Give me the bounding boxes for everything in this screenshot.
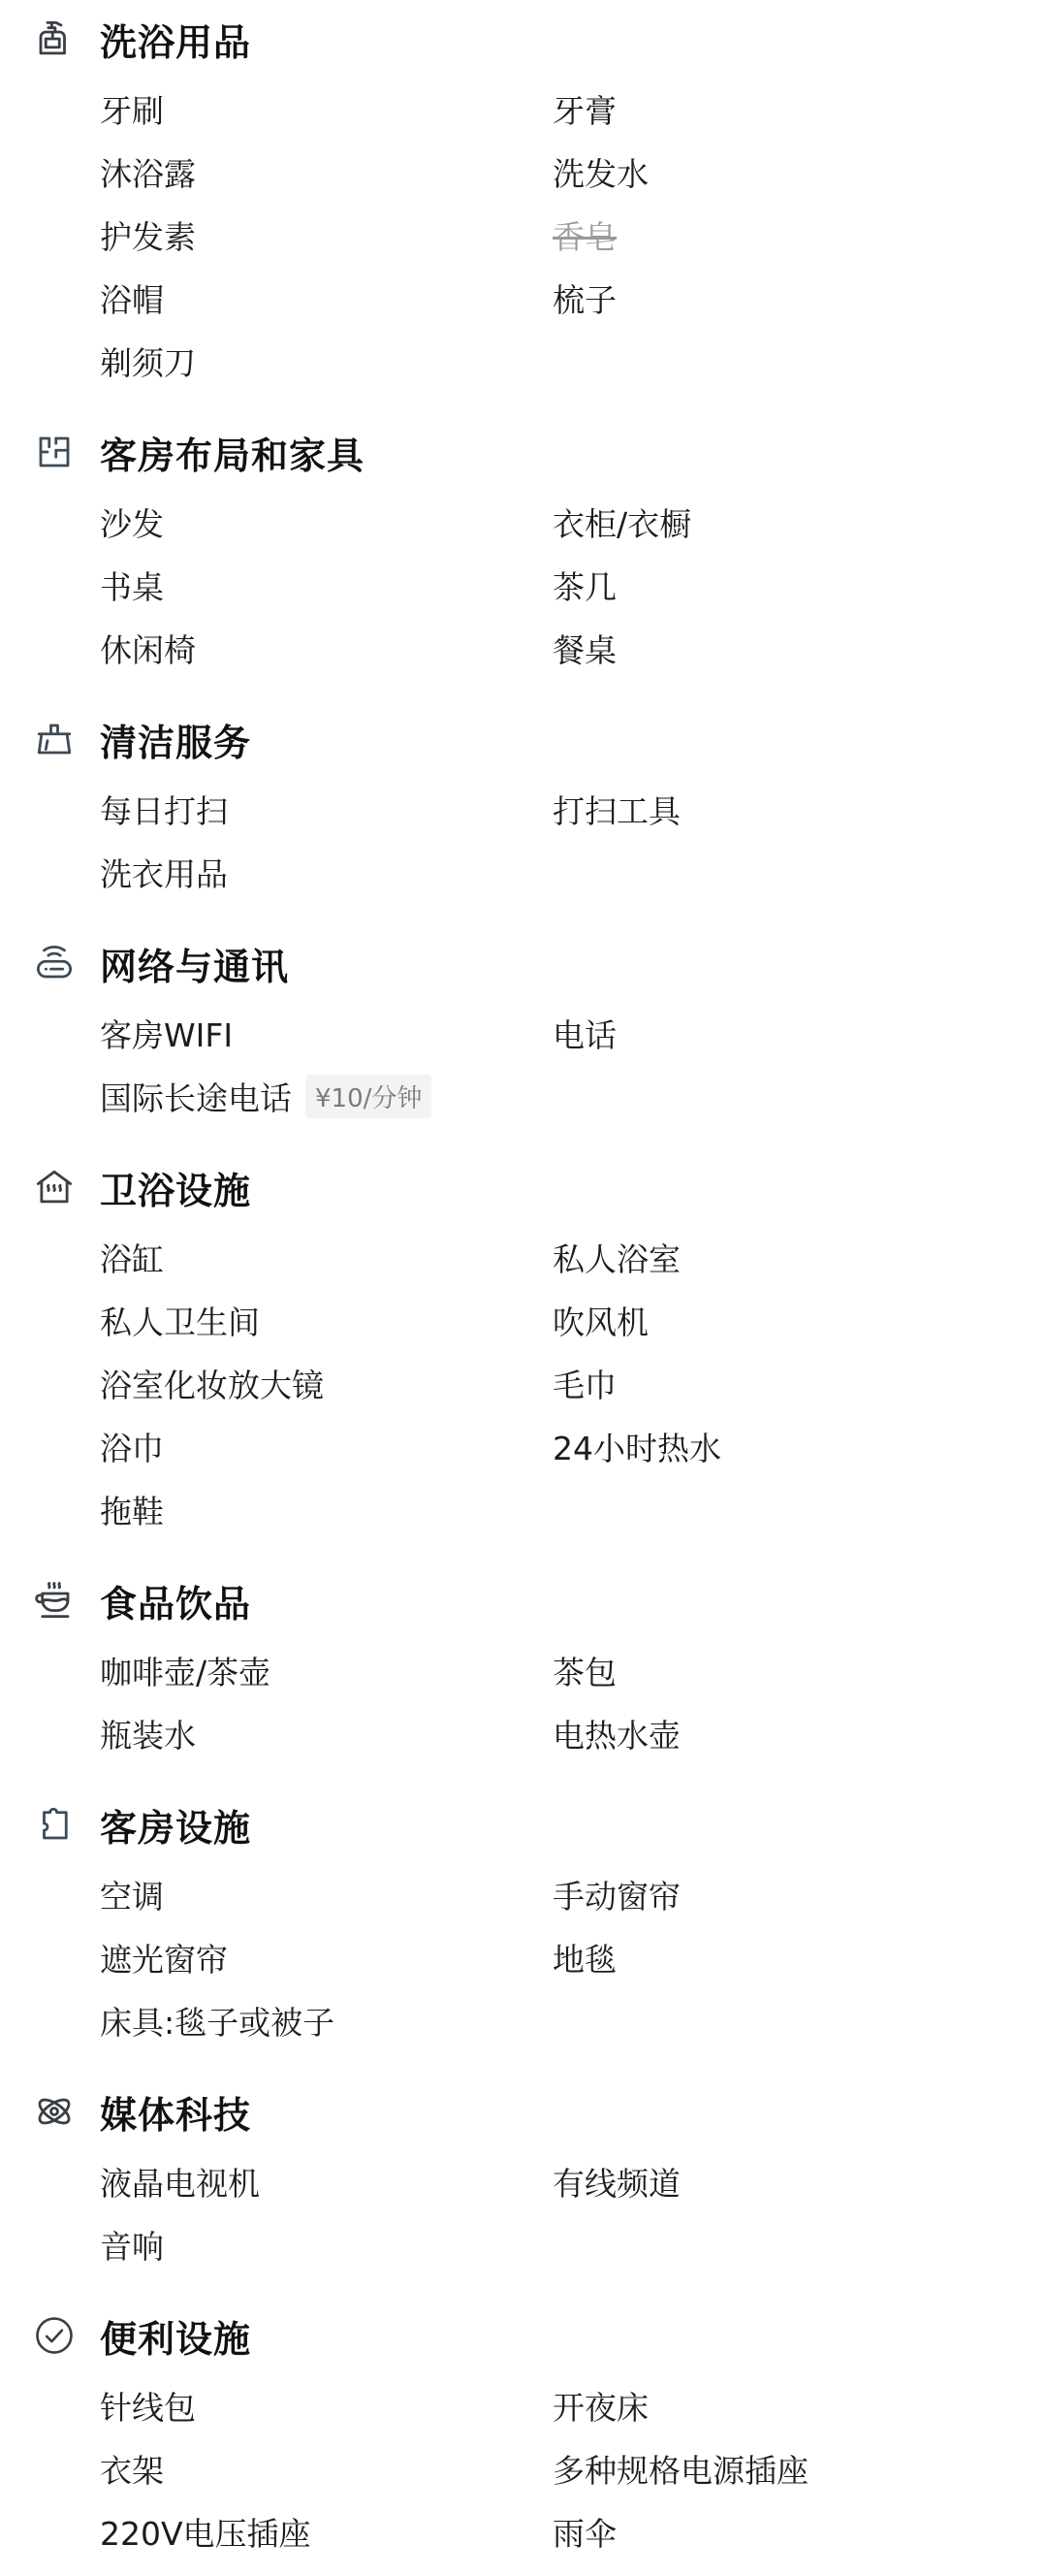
amenity-label: 衣柜/衣橱 (553, 499, 691, 545)
amenity-label: 手动窗帘 (553, 1872, 681, 1917)
amenity-label: 沙发 (100, 499, 164, 545)
amenity-item: 24小时热水 (553, 1415, 1005, 1478)
amenity-grid: 针线包开夜床衣架多种规格电源插座220V电压插座雨伞 (0, 2374, 1047, 2563)
check-circle-icon (34, 2315, 75, 2356)
section-title: 网络与通讯 (100, 937, 289, 990)
section-header: 洗浴用品 (0, 0, 1047, 78)
amenity-label: 私人卫生间 (100, 1298, 260, 1343)
amenity-label: 洗衣用品 (100, 850, 228, 895)
amenity-label: 浴室化妆放大镜 (100, 1361, 324, 1406)
amenity-item: 220V电压插座 (100, 2500, 553, 2563)
soap-dispenser-icon (34, 18, 75, 59)
amenity-item: 拖鞋 (100, 1478, 553, 1541)
amenity-grid: 空调手动窗帘遮光窗帘地毯床具:毯子或被子 (0, 1863, 1047, 2052)
amenity-label: 遮光窗帘 (100, 1935, 228, 1980)
amenity-section: 清洁服务每日打扫打扫工具洗衣用品 (0, 700, 1047, 924)
amenity-item: 私人浴室 (553, 1226, 1005, 1289)
amenity-item: 衣架 (100, 2437, 553, 2500)
amenity-label: 床具:毯子或被子 (100, 1998, 334, 2044)
amenity-label: 茶包 (553, 1648, 617, 1693)
amenity-label: 每日打扫 (100, 787, 228, 832)
amenity-grid: 液晶电视机有线频道音响 (0, 2150, 1047, 2276)
amenity-item: 浴帽 (100, 267, 553, 330)
amenity-label: 浴帽 (100, 275, 164, 321)
amenity-section: 客房设施空调手动窗帘遮光窗帘地毯床具:毯子或被子 (0, 1786, 1047, 2073)
amenity-item: 衣柜/衣橱 (553, 491, 1005, 554)
amenity-item: 休闲椅 (100, 617, 553, 680)
amenity-label: 牙刷 (100, 86, 164, 132)
amenity-item: 液晶电视机 (100, 2150, 553, 2213)
amenity-label: 咖啡壶/茶壶 (100, 1648, 270, 1693)
amenity-label: 国际长途电话 (100, 1074, 292, 1119)
amenity-label: 瓶装水 (100, 1711, 196, 1756)
amenity-item: 浴缸 (100, 1226, 553, 1289)
amenity-item: 餐桌 (553, 617, 1005, 680)
floor-plan-icon (34, 432, 75, 472)
amenity-item: 洗发水 (553, 141, 1005, 204)
amenity-item: 瓶装水 (100, 1702, 553, 1765)
amenities-list: 洗浴用品牙刷牙膏沐浴露洗发水护发素香皂浴帽梳子剃须刀 客房布局和家具沙发衣柜/衣… (0, 0, 1047, 2576)
amenity-label: 沐浴露 (100, 149, 196, 195)
section-title: 客房布局和家具 (100, 426, 365, 479)
broom-icon (34, 719, 75, 759)
section-header: 食品饮品 (0, 1562, 1047, 1639)
amenity-grid: 每日打扫打扫工具洗衣用品 (0, 778, 1047, 904)
amenity-label: 24小时热水 (553, 1424, 721, 1469)
amenity-item: 牙刷 (100, 78, 553, 141)
amenity-label: 书桌 (100, 563, 164, 608)
amenity-label: 茶几 (553, 563, 617, 608)
amenity-item: 吹风机 (553, 1289, 1005, 1352)
amenity-item: 音响 (100, 2213, 553, 2276)
amenity-item: 香皂 (553, 204, 1005, 267)
amenity-label: 衣架 (100, 2446, 164, 2492)
amenity-label: 电热水壶 (553, 1711, 681, 1756)
amenity-section: 便利设施针线包开夜床衣架多种规格电源插座220V电压插座雨伞 (0, 2297, 1047, 2576)
section-header: 客房设施 (0, 1786, 1047, 1863)
amenity-section: 媒体科技液晶电视机有线频道音响 (0, 2073, 1047, 2297)
steam-house-icon (34, 1167, 75, 1207)
amenity-item: 雨伞 (553, 2500, 1005, 2563)
amenity-item: 茶包 (553, 1639, 1005, 1702)
amenity-label: 护发素 (100, 212, 196, 258)
amenity-item: 手动窗帘 (553, 1863, 1005, 1926)
amenity-label: 香皂 (553, 212, 617, 258)
amenity-item: 牙膏 (553, 78, 1005, 141)
amenity-label: 空调 (100, 1872, 164, 1917)
amenity-item: 沐浴露 (100, 141, 553, 204)
amenity-label: 雨伞 (553, 2509, 617, 2555)
amenity-label: 洗发水 (553, 149, 649, 195)
amenity-label: 针线包 (100, 2383, 196, 2429)
amenity-item: 针线包 (100, 2374, 553, 2437)
amenity-item: 遮光窗帘 (100, 1926, 553, 1989)
section-title: 便利设施 (100, 2309, 251, 2363)
section-header: 网络与通讯 (0, 924, 1047, 1002)
amenity-item: 打扫工具 (553, 778, 1005, 841)
amenity-label: 吹风机 (553, 1298, 649, 1343)
amenity-item: 梳子 (553, 267, 1005, 330)
amenity-label: 音响 (100, 2222, 164, 2268)
amenity-item: 开夜床 (553, 2374, 1005, 2437)
amenity-section: 客房布局和家具沙发衣柜/衣橱书桌茶几休闲椅餐桌 (0, 413, 1047, 700)
section-title: 卫浴设施 (100, 1161, 251, 1214)
amenity-item: 浴室化妆放大镜 (100, 1352, 553, 1415)
amenity-item: 每日打扫 (100, 778, 553, 841)
amenity-section: 食品饮品咖啡壶/茶壶茶包瓶装水电热水壶 (0, 1562, 1047, 1786)
section-title: 洗浴用品 (100, 13, 251, 66)
amenity-label: 剃须刀 (100, 338, 196, 384)
amenity-label: 浴缸 (100, 1235, 164, 1280)
section-header: 客房布局和家具 (0, 413, 1047, 491)
amenity-label: 毛巾 (553, 1361, 617, 1406)
amenity-label: 地毯 (553, 1935, 617, 1980)
amenity-label: 餐桌 (553, 626, 617, 671)
amenity-item: 洗衣用品 (100, 841, 553, 904)
amenity-item: 国际长途电话¥10/分钟 (100, 1065, 553, 1128)
amenity-item: 护发素 (100, 204, 553, 267)
amenity-grid: 牙刷牙膏沐浴露洗发水护发素香皂浴帽梳子剃须刀 (0, 78, 1047, 393)
section-header: 便利设施 (0, 2297, 1047, 2374)
amenity-label: 牙膏 (553, 86, 617, 132)
amenity-section: 卫浴设施浴缸私人浴室私人卫生间吹风机浴室化妆放大镜毛巾浴巾24小时热水拖鞋 (0, 1148, 1047, 1562)
amenity-item: 电热水壶 (553, 1702, 1005, 1765)
amenity-label: 休闲椅 (100, 626, 196, 671)
router-wifi-icon (34, 943, 75, 983)
section-title: 食品饮品 (100, 1574, 251, 1627)
section-header: 卫浴设施 (0, 1148, 1047, 1226)
amenity-grid: 客房WIFI电话国际长途电话¥10/分钟 (0, 1002, 1047, 1128)
amenity-item: 沙发 (100, 491, 553, 554)
amenity-item: 剃须刀 (100, 330, 553, 393)
section-title: 清洁服务 (100, 713, 251, 766)
puzzle-piece-icon (34, 1804, 75, 1845)
hot-cup-icon (34, 1580, 75, 1621)
amenity-label: 多种规格电源插座 (553, 2446, 809, 2492)
atom-icon (34, 2091, 75, 2132)
amenity-item: 地毯 (553, 1926, 1005, 1989)
amenity-label: 拖鞋 (100, 1487, 164, 1532)
amenity-label: 浴巾 (100, 1424, 164, 1469)
amenity-item: 书桌 (100, 554, 553, 617)
section-title: 客房设施 (100, 1798, 251, 1851)
amenity-label: 梳子 (553, 275, 617, 321)
amenity-grid: 沙发衣柜/衣橱书桌茶几休闲椅餐桌 (0, 491, 1047, 680)
amenity-label: 客房WIFI (100, 1011, 233, 1056)
amenity-label: 私人浴室 (553, 1235, 681, 1280)
amenity-item: 茶几 (553, 554, 1005, 617)
amenity-item: 毛巾 (553, 1352, 1005, 1415)
amenity-item: 多种规格电源插座 (553, 2437, 1005, 2500)
price-tag: ¥10/分钟 (305, 1075, 431, 1118)
amenity-label: 电话 (553, 1011, 617, 1056)
amenity-item: 私人卫生间 (100, 1289, 553, 1352)
amenity-grid: 咖啡壶/茶壶茶包瓶装水电热水壶 (0, 1639, 1047, 1765)
amenity-label: 液晶电视机 (100, 2159, 260, 2205)
amenity-item: 咖啡壶/茶壶 (100, 1639, 553, 1702)
section-title: 媒体科技 (100, 2085, 251, 2139)
amenity-item: 床具:毯子或被子 (100, 1989, 553, 2052)
amenity-label: 有线频道 (553, 2159, 681, 2205)
amenity-section: 洗浴用品牙刷牙膏沐浴露洗发水护发素香皂浴帽梳子剃须刀 (0, 0, 1047, 413)
amenity-grid: 浴缸私人浴室私人卫生间吹风机浴室化妆放大镜毛巾浴巾24小时热水拖鞋 (0, 1226, 1047, 1541)
amenity-item: 客房WIFI (100, 1002, 553, 1065)
section-header: 媒体科技 (0, 2073, 1047, 2150)
amenity-item: 浴巾 (100, 1415, 553, 1478)
amenity-label: 220V电压插座 (100, 2509, 311, 2555)
amenity-label: 开夜床 (553, 2383, 649, 2429)
amenity-item: 电话 (553, 1002, 1005, 1065)
amenity-item: 空调 (100, 1863, 553, 1926)
amenity-item: 有线频道 (553, 2150, 1005, 2213)
amenity-label: 打扫工具 (553, 787, 681, 832)
section-header: 清洁服务 (0, 700, 1047, 778)
amenity-section: 网络与通讯客房WIFI电话国际长途电话¥10/分钟 (0, 924, 1047, 1148)
